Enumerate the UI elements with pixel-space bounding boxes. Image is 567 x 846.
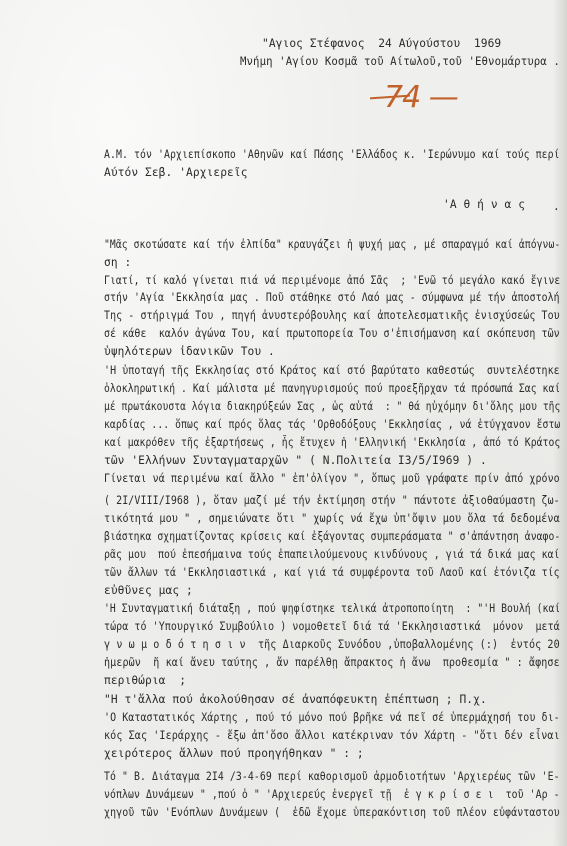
body-line: χηγοῦ τῶν 'Ενόπλων Δυνάμεων ( ἐδῶ ἔχομε … <box>104 806 560 820</box>
body-line: στήν 'Αγία 'Εκκλησία μας . Ποῦ στάθηκε σ… <box>104 291 560 305</box>
scanned-paper-page: "Αγιος Στέφανος 24 Αύγούστου 1969 Μνήμη … <box>0 0 567 846</box>
city-line: 'Α θ ή ν α ς <box>443 198 525 212</box>
body-line: εὐθῦνες μας ; <box>104 584 193 598</box>
body-line: "Μᾶς σκοτώσατε καί τήν ἐλπίδα" κραυγάζει… <box>104 238 560 252</box>
addressee-line-1: Α.Μ. τόν 'Αρχιεπίσκοπο 'Αθηνῶν καί Πάσης… <box>104 148 560 162</box>
body-line: Γίνεται νά περιμένω καί ἄλλο " ἐπ'ὀλίγον… <box>104 472 560 486</box>
body-line: καρδίας ... ὅπως καί πρός ὅλας τάς 'Ορθο… <box>104 418 560 432</box>
body-line: καί μακρόθεν τῆς ἐξαρτήσεως , ἧς ἔτυχεν … <box>104 436 560 450</box>
city-period: . <box>553 200 560 214</box>
body-line: κός Σας 'Ιεράρχης - ἔξω ἀπ'ὅσο ἄλλοι κατ… <box>104 729 560 743</box>
body-line: Της - στήριγμά Του , πηγή ἀνυστερόβουλης… <box>104 309 560 323</box>
addressee-line-2: Αύτόν Σεβ. 'Αρχιερεῖς <box>104 166 248 180</box>
body-line: τικότητά μου " , σημειώνατε ὅτι " χωρίς … <box>104 512 560 526</box>
body-line: ( 2Ι/VIII/Ι968 ), ὅταν μαζί μέ τήν ἐκτίμ… <box>104 494 560 508</box>
header-commemoration: Μνήμη 'Αγίου Κοσμᾶ τοῦ Αίτωλοῦ,τοῦ 'Εθνο… <box>240 55 560 69</box>
body-line: γ ν ω μ ο δ ό τ η σ ι ν τῆς Διαρκοῦς Συν… <box>104 638 560 652</box>
body-line: "Η τ'ἄλλα πού ἀκολούθησαν σέ ἀναπόφευκτη… <box>104 693 487 707</box>
body-line: Γιατί, τί καλό γίνεται πιά νά περιμένομε… <box>104 274 560 288</box>
body-line: σέ κάθε καλόν ἀγώνα Του, καί πρωτοπορεία… <box>104 327 560 341</box>
body-line: νόπλων Δυνάμεων " ,πού ὁ " 'Αρχιερεύς ἐν… <box>104 788 560 802</box>
body-line: τώρα τό 'Υπουργικό Συμβούλιο ) νομοθετεῖ… <box>104 620 560 634</box>
body-line: περιθώρια ; <box>104 674 186 688</box>
body-line: ἡμερῶν ἤ καί ἄνευ ταύτης , ἄν παρέλθῃ ἄπ… <box>104 656 560 670</box>
body-line: βιάστηκα σχηματίζοντας κρίσεις καί ἐξάγο… <box>104 530 560 544</box>
body-line: ὁλοκληρωτική . Καί μάλιστα μέ πανηγυρισμ… <box>104 382 560 396</box>
body-line: μέ πρωτάκουστα λόγια διακηρύξεών Σας , ὡ… <box>104 400 560 414</box>
body-line: τῶν ἄλλων τά 'Εκκλησιαστικά , καί γιά τά… <box>104 566 560 580</box>
body-line: 'Η ὑποταγή τῆς Εκκλησίας στό Κράτος καί … <box>104 364 560 378</box>
body-line: ρᾶς μου πού ἐπεσήμαινα τούς ἐπαπειλούμεν… <box>104 548 560 562</box>
body-line: Τό " Β. Διάταγμα 2Ι4 /3-4-69 περί καθορι… <box>104 770 560 784</box>
body-line: χειρότερος ἄλλων πού προηγήθηκαν " : ; <box>104 747 364 761</box>
body-line: ση : <box>104 256 131 270</box>
body-line: τῶν 'Ελλήνων Συνταγματαρχῶν " ( Ν.Πολιτε… <box>104 454 487 468</box>
body-line: 'Ο Καταστατικός Χάρτης , πού τό μόνο πού… <box>104 711 560 725</box>
body-line: 'Η Συνταγματική διάταξη , πού ψηφίστηκε … <box>104 602 560 616</box>
body-line: ὑψηλότερων ἰδανικῶν Του . <box>104 345 275 359</box>
header-place-date: "Αγιος Στέφανος 24 Αύγούστου 1969 <box>262 37 501 51</box>
handwritten-page-number: 74 — <box>384 82 458 114</box>
